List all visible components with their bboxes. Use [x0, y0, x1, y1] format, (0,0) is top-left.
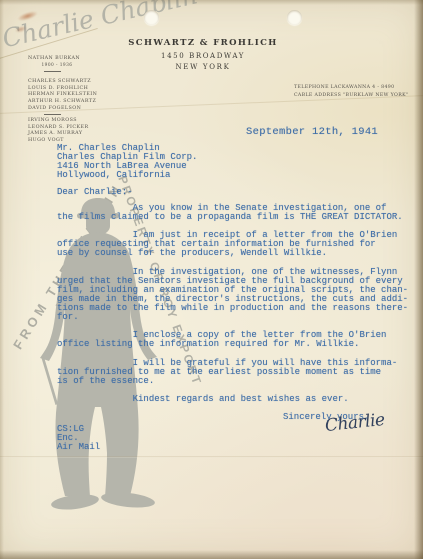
associate-name: IRVING MOROSS — [28, 118, 118, 125]
reference-block: CS:LG Enc. Air Mail — [57, 425, 100, 452]
letter-paper: FROM THE CHAPLIN ARCHIVE PROPERTY OF ROY… — [0, 0, 423, 559]
memorial-name: NATHAN BURKAN — [28, 56, 118, 63]
telephone-line: TELEPHONE LACKAWANNA 4 - 8490 — [294, 84, 414, 92]
firm-city: NEW YORK — [103, 63, 303, 71]
firm-name: SCHWARTZ & FROHLICH — [103, 38, 303, 48]
body-paragraph: I will be grateful if you will have this… — [57, 359, 417, 386]
closing-paragraph: Kindest regards and best wishes as ever. — [57, 395, 417, 404]
partner-name: ARTHUR H. SCHWARTZ — [28, 99, 118, 106]
body-paragraph: I enclose a copy of the letter from the … — [57, 331, 417, 349]
divider-rule — [44, 71, 61, 72]
paper-edge — [0, 0, 423, 5]
punch-hole — [287, 10, 302, 25]
body-paragraph: In the investigation, one of the witness… — [57, 268, 417, 323]
firm-street-address: 1450 BROADWAY — [103, 52, 303, 60]
date-line: September 12th, 1941 — [246, 126, 378, 138]
body-paragraph: As you know in the Senate investigation,… — [57, 204, 417, 222]
memorial-dates: 1900 - 1936 — [28, 63, 86, 70]
paper-edge — [414, 0, 423, 559]
attorney-name-list: NATHAN BURKAN 1900 - 1936 CHARLES SCHWAR… — [28, 56, 118, 145]
body-paragraph: I am just in receipt of a letter from th… — [57, 231, 417, 258]
partner-name: CHARLES SCHWARTZ — [28, 79, 118, 86]
letter-body: As you know in the Senate investigation,… — [57, 204, 417, 413]
recipient-address: Mr. Charles Chaplin Charles Chaplin Film… — [57, 144, 197, 180]
partner-name: HERMAN FINKELSTEIN — [28, 92, 118, 99]
associate-name: JAMES A. MURRAY — [28, 131, 118, 138]
divider-rule — [44, 114, 61, 115]
salutation: Dear Charlie:- — [57, 187, 133, 197]
paper-edge — [0, 550, 423, 559]
fold-crease — [0, 456, 423, 458]
paper-edge — [0, 0, 4, 559]
punch-hole — [144, 10, 159, 25]
